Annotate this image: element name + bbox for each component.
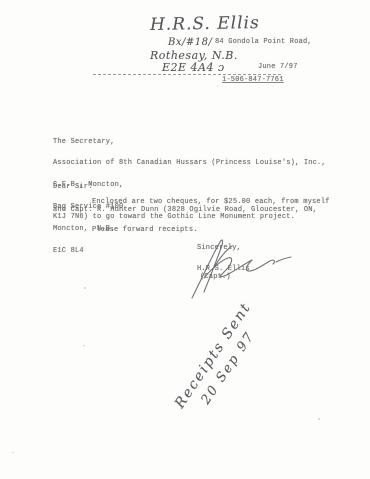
handwritten-annotation: Receipts Sent 20 Sep 97 [172,303,268,422]
letterhead-phone: 1-506-847-7761 [222,77,284,84]
letterhead-box-handwritten: Bx/#18/ [168,37,212,48]
scanned-letter-page: H.R.S. Ellis Bx/#18/ 84 Gondola Point Ro… [0,0,370,479]
letterhead-street: 84 Gondola Point Road, [215,39,312,46]
scan-speck [12,452,14,453]
body-line-4: Please forward receipts. [92,227,198,234]
recipient-line: The Secretary, [53,139,326,146]
letterhead-name-script: H.R.S. Ellis [150,13,260,35]
letterhead-date: June 7/97 [258,64,298,71]
closing-rank-typed: (Capt.) [200,274,231,281]
recipient-line: Association of 8th Canadian Hussars (Pri… [53,160,326,167]
salutation: Dear Sir: [53,184,93,191]
body-line-3: K1J 7N6) to go toward the Gothic Line Mo… [53,214,295,221]
scan-speck [84,287,86,289]
recipient-line: C.F.B., Moncton, [53,182,326,189]
scan-speck [83,345,85,346]
letterhead-postal-handwritten: E2E 4A4 ɔ [162,61,225,74]
scan-speck [318,418,320,420]
letterhead-divider [93,74,281,75]
